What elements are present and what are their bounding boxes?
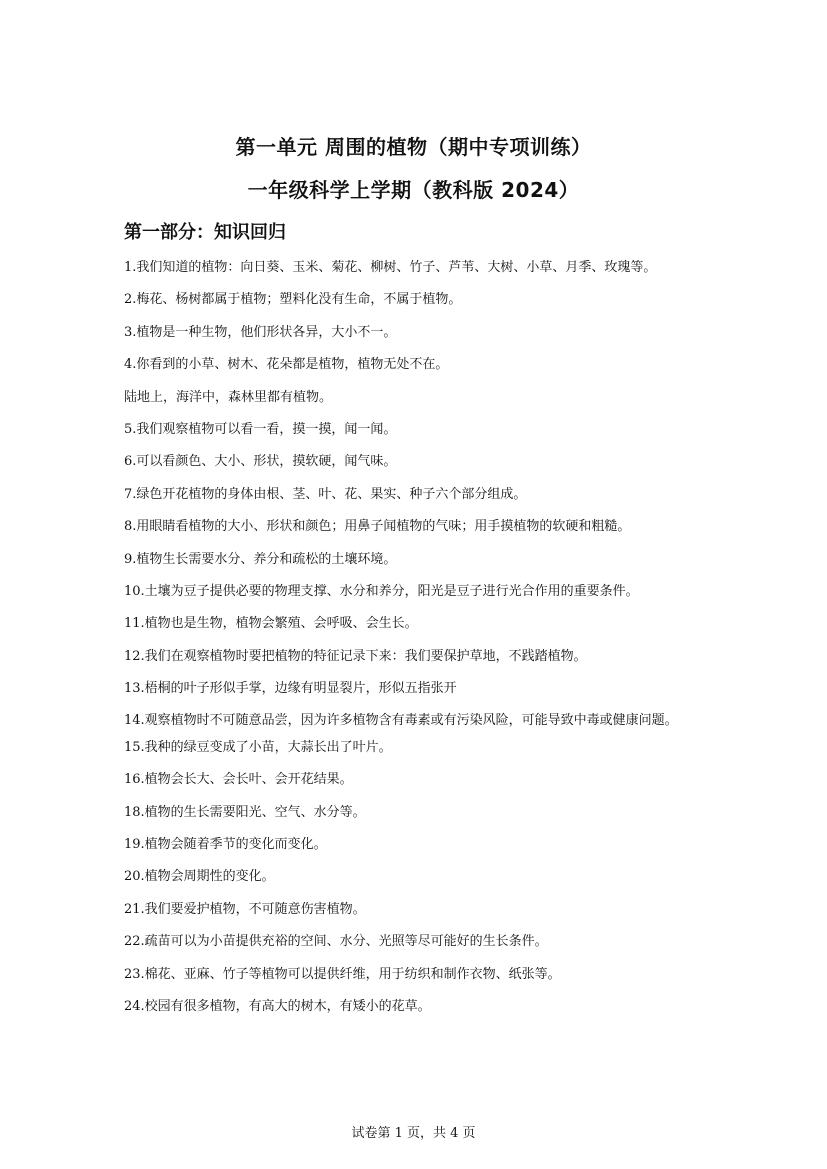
list-item: 20.植物会周期性的变化。 — [124, 867, 714, 899]
list-item: 22.疏苗可以为小苗提供充裕的空间、水分、光照等尽可能好的生长条件。 — [124, 932, 714, 964]
list-item: 11.植物也是生物，植物会繁殖、会呼吸、会生长。 — [124, 614, 714, 646]
list-item: 16.植物会长大、会长叶、会开花结果。 — [124, 770, 714, 802]
list-item: 14.观察植物时不可随意品尝，因为许多植物含有毒素或有污染风险，可能导致中毒或健… — [124, 705, 714, 737]
list-item: 24.校园有很多植物，有高大的树木，有矮小的花草。 — [124, 997, 714, 1029]
list-item: 18.植物的生长需要阳光、空气、水分等。 — [124, 803, 714, 835]
list-item: 4.你看到的小草、树木、花朵都是植物，植物无处不在。 — [124, 355, 714, 387]
list-item: 2.梅花、杨树都属于植物；塑料化没有生命，不属于植物。 — [124, 290, 714, 322]
section-heading: 第一部分：知识回归 — [124, 218, 286, 244]
list-item: 21.我们要爱护植物，不可随意伤害植物。 — [124, 900, 714, 932]
knowledge-list: 1.我们知道的植物：向日葵、玉米、菊花、柳树、竹子、芦苇、大树、小草、月季、玫瑰… — [124, 258, 714, 1029]
document-subtitle: 一年级科学上学期（教科版 2024） — [0, 174, 827, 203]
list-item: 3.植物是一种生物，他们形状各异，大小不一。 — [124, 323, 714, 355]
list-item: 19.植物会随着季节的变化而变化。 — [124, 835, 714, 867]
list-item: 23.棉花、亚麻、竹子等植物可以提供纤维，用于纺织和制作衣物、纸张等。 — [124, 965, 714, 997]
list-item: 1.我们知道的植物：向日葵、玉米、菊花、柳树、竹子、芦苇、大树、小草、月季、玫瑰… — [124, 258, 714, 290]
list-item: 12.我们在观察植物时要把植物的特征记录下来：我们要保护草地，不践踏植物。 — [124, 647, 714, 679]
list-item: 9.植物生长需要水分、养分和疏松的土壤环境。 — [124, 550, 714, 582]
document-title: 第一单元 周围的植物（期中专项训练） — [0, 131, 827, 160]
page-footer: 试卷第 1 页，共 4 页 — [0, 1122, 827, 1141]
list-item: 5.我们观察植物可以看一看，摸一摸，闻一闻。 — [124, 420, 714, 452]
list-item: 15.我种的绿豆变成了小苗，大蒜长出了叶片。 — [124, 738, 714, 770]
list-item: 6.可以看颜色、大小、形状，摸软硬，闻气味。 — [124, 452, 714, 484]
list-item: 8.用眼睛看植物的大小、形状和颜色；用鼻子闻植物的气味；用手摸植物的软硬和粗糙。 — [124, 517, 714, 549]
list-item: 10.土壤为豆子提供必要的物理支撑、水分和养分，阳光是豆子进行光合作用的重要条件… — [124, 582, 714, 614]
list-item: 7.绿色开花植物的身体由根、茎、叶、花、果实、种子六个部分组成。 — [124, 485, 714, 517]
list-item: 陆地上，海洋中，森林里都有植物。 — [124, 388, 714, 420]
